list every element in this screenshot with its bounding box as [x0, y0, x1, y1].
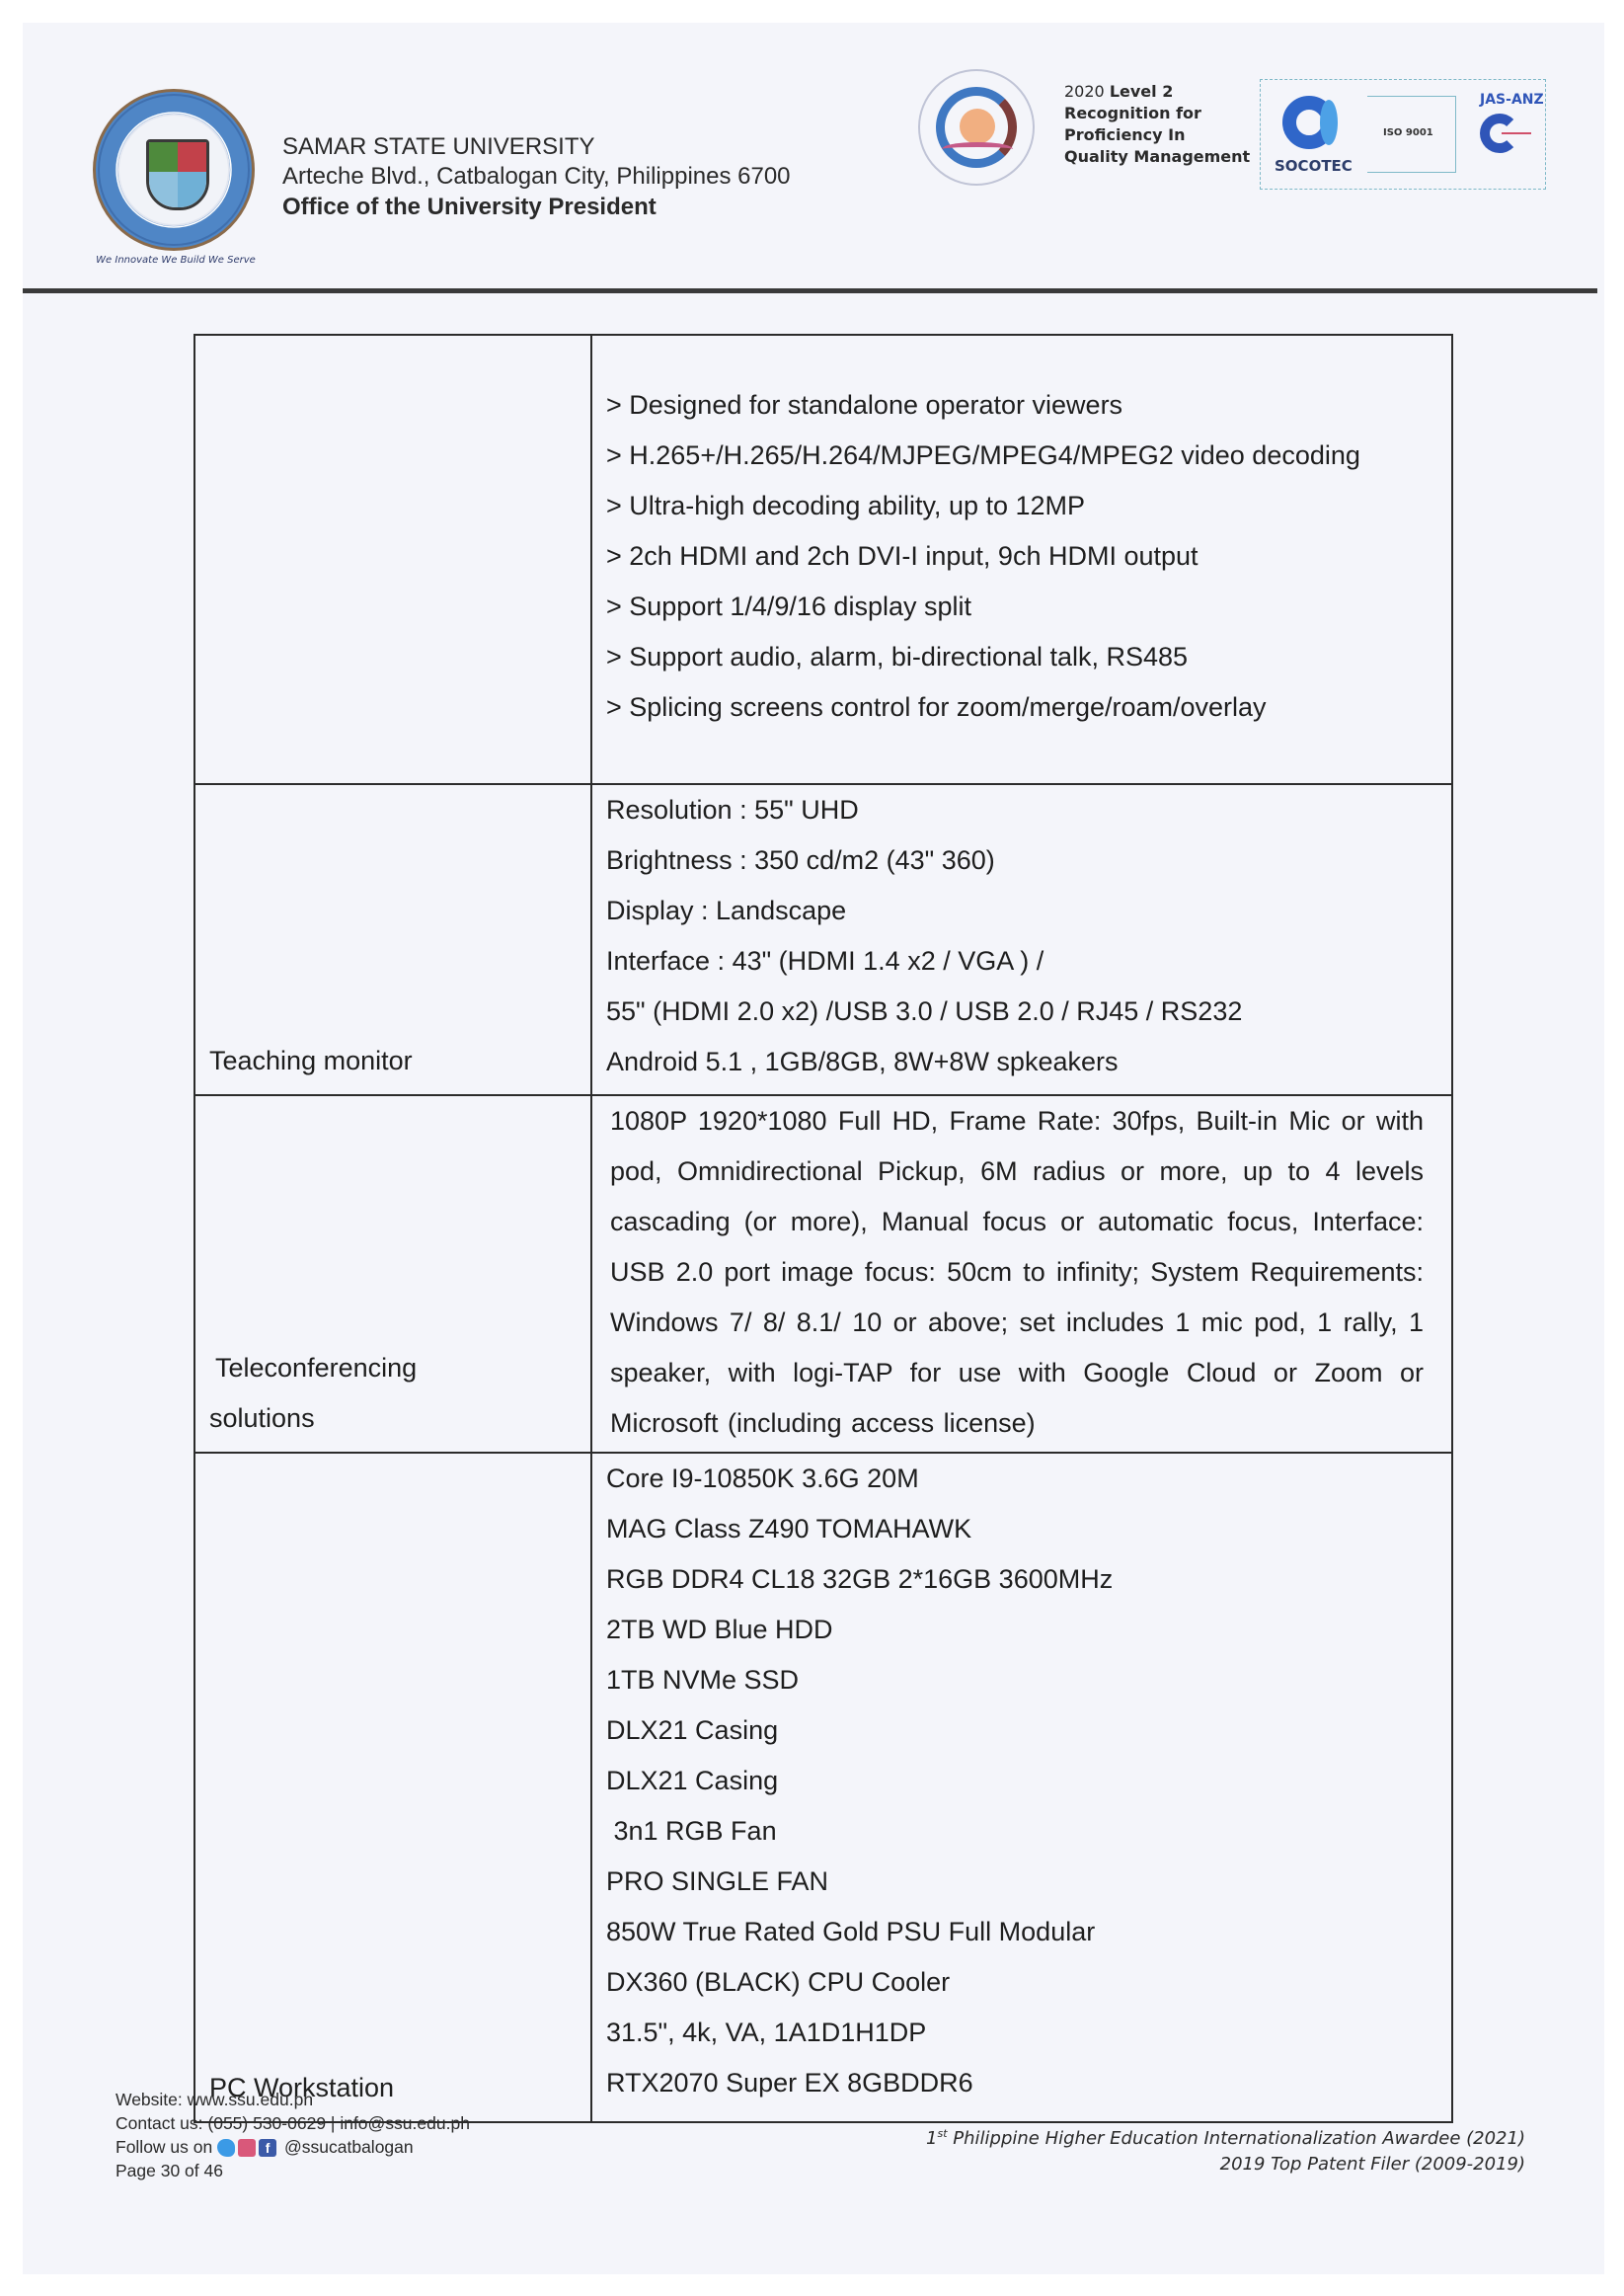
award-line-2: Recognition for: [1064, 103, 1250, 124]
item-name: PC Workstation: [194, 1453, 591, 2122]
item-specs: 1080P 1920*1080 Full HD, Frame Rate: 30f…: [591, 1095, 1452, 1453]
social-handle: @ssucatbalogan: [284, 2137, 414, 2157]
spec-line: 1TB NVMe SSD: [606, 1655, 1437, 1705]
award-text: Philippine Higher Education Internationa…: [948, 2128, 1525, 2149]
table-row: Teleconferencing solutions 1080P 1920*10…: [194, 1095, 1452, 1453]
award-year: 2020: [1064, 82, 1105, 101]
quality-award-logo-icon: [918, 69, 1035, 186]
office-name: Office of the University President: [282, 194, 657, 221]
accreditor: JAS-ANZ: [1480, 92, 1544, 108]
footer-contact: Website: www.ssu.edu.ph Contact us: (055…: [116, 2088, 470, 2182]
item-name-line: Teleconferencing: [209, 1343, 590, 1393]
university-motto: We Innovate We Build We Serve: [91, 255, 261, 266]
spec-line: 31.5", 4k, VA, 1A1D1H1DP: [606, 2008, 1437, 2058]
spec-line: 2TB WD Blue HDD: [606, 1605, 1437, 1655]
spec-line: Android 5.1 , 1GB/8GB, 8W+8W spkeakers: [606, 1037, 1437, 1087]
iso-standard: ISO 9001: [1383, 127, 1433, 138]
spec-line: DX360 (BLACK) CPU Cooler: [606, 1957, 1437, 2008]
spec-line: > Support audio, alarm, bi-directional t…: [606, 632, 1437, 682]
table-row: Teaching monitor Resolution : 55" UHD Br…: [194, 784, 1452, 1095]
spec-line: 55" (HDMI 2.0 x2) /USB 3.0 / USB 2.0 / R…: [606, 987, 1437, 1037]
item-name: Teleconferencing solutions: [194, 1095, 591, 1453]
spec-line: > Designed for standalone operator viewe…: [606, 380, 1437, 431]
instagram-icon[interactable]: [238, 2139, 256, 2157]
award-internationalization: 1st Philippine Higher Education Internat…: [926, 2121, 1525, 2152]
spec-line: Interface : 43" (HDMI 1.4 x2 / VGA ) /: [606, 936, 1437, 987]
spec-line: 850W True Rated Gold PSU Full Modular: [606, 1907, 1437, 1957]
spec-line: MAG Class Z490 TOMAHAWK: [606, 1504, 1437, 1554]
spec-line: > Splicing screens control for zoom/merg…: [606, 682, 1437, 733]
item-specs: Core I9-10850K 3.6G 20M MAG Class Z490 T…: [591, 1453, 1452, 2122]
university-logo: We Innovate We Build We Serve: [91, 89, 261, 272]
spec-line: 3n1 RGB Fan: [606, 1806, 1437, 1857]
award-line-3: Proficiency In: [1064, 124, 1250, 146]
twitter-icon[interactable]: [217, 2139, 235, 2157]
award-ordinal-suffix: st: [938, 2127, 948, 2140]
spec-line: DLX21 Casing: [606, 1756, 1437, 1806]
spec-line: Resolution : 55" UHD: [606, 785, 1437, 835]
item-name: Teaching monitor: [194, 784, 591, 1095]
award-level: Level 2: [1110, 82, 1174, 101]
contact-info: Contact us: (055) 530-0629 | info@ssu.ed…: [116, 2111, 470, 2135]
spec-line: > H.265+/H.265/H.264/MJPEG/MPEG4/MPEG2 v…: [606, 431, 1437, 481]
item-name-line: solutions: [209, 1393, 590, 1444]
iso-certification-badge: SOCOTEC ISO 9001 JAS-ANZ: [1260, 79, 1546, 190]
sun-icon: [960, 109, 995, 144]
table-row: > Designed for standalone operator viewe…: [194, 335, 1452, 784]
spec-line: Brightness : 350 cd/m2 (43" 360): [606, 835, 1437, 886]
university-address: Arteche Blvd., Catbalogan City, Philippi…: [282, 163, 791, 191]
follow-prefix: Follow us on: [116, 2137, 212, 2157]
spec-paragraph: 1080P 1920*1080 Full HD, Frame Rate: 30f…: [606, 1096, 1437, 1449]
item-name: [194, 335, 591, 784]
award-patent: 2019 Top Patent Filer (2009-2019): [926, 2152, 1525, 2177]
spec-line: RGB DDR4 CL18 32GB 2*16GB 3600MHz: [606, 1554, 1437, 1605]
spec-line: > Ultra-high decoding ability, up to 12M…: [606, 481, 1437, 531]
item-specs: > Designed for standalone operator viewe…: [591, 335, 1452, 784]
university-name: SAMAR STATE UNIVERSITY: [282, 133, 595, 161]
header-divider: [23, 288, 1597, 293]
spec-line: RTX2070 Super EX 8GBDDR6: [606, 2058, 1437, 2108]
page-number: Page 30 of 46: [116, 2159, 470, 2182]
specifications-table: > Designed for standalone operator viewe…: [193, 334, 1453, 2123]
footer-awards: 1st Philippine Higher Education Internat…: [926, 2121, 1525, 2177]
quality-award-text: 2020 Level 2 Recognition for Proficiency…: [1064, 81, 1250, 168]
social-follow: Follow us on f @ssucatbalogan: [116, 2135, 470, 2159]
spec-line: Core I9-10850K 3.6G 20M: [606, 1454, 1437, 1504]
spec-line: Display : Landscape: [606, 886, 1437, 936]
spec-line: PRO SINGLE FAN: [606, 1857, 1437, 1907]
spec-line: DLX21 Casing: [606, 1705, 1437, 1756]
award-line-4: Quality Management: [1064, 146, 1250, 168]
facebook-icon[interactable]: f: [259, 2139, 276, 2157]
spec-line: > 2ch HDMI and 2ch DVI-I input, 9ch HDMI…: [606, 531, 1437, 582]
item-specs: Resolution : 55" UHD Brightness : 350 cd…: [591, 784, 1452, 1095]
website-link[interactable]: Website: www.ssu.edu.ph: [116, 2088, 470, 2111]
university-seal-icon: [93, 89, 255, 251]
table-row: PC Workstation Core I9-10850K 3.6G 20M M…: [194, 1453, 1452, 2122]
cert-body: SOCOTEC: [1275, 157, 1353, 175]
award-ordinal: 1: [926, 2128, 937, 2149]
shield-icon: [146, 139, 209, 210]
spec-line: > Support 1/4/9/16 display split: [606, 582, 1437, 632]
